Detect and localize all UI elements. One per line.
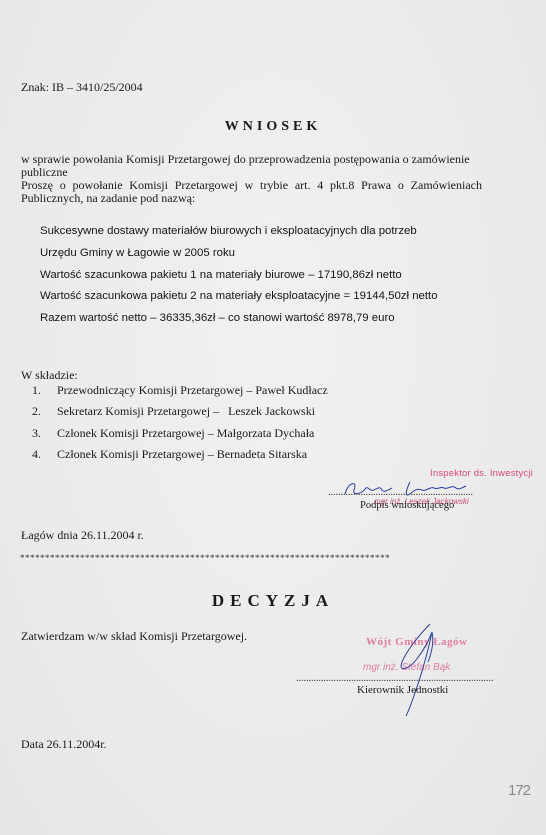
intro-line: Publicznych, na zadanie pod nazwą: [21,192,482,205]
separator: ****************************************… [20,553,390,563]
task-line: Razem wartość netto – 36335,36zł – co st… [40,308,438,330]
place-date: Łagów dnia 26.11.2004 r. [21,528,144,543]
list-item: 2.Sekretarz Komisji Przetargowej – Lesze… [32,404,328,425]
decision-date: Data 26.11.2004r. [21,737,107,752]
handwritten-signature-icon [340,478,490,500]
task-line: Sukcesywne dostawy materiałów biurowych … [40,221,438,243]
request-title: WNIOSEK [0,119,546,135]
signature-line: ........................................… [296,673,494,684]
decision-text: Zatwierdzam w/w skład Komisji Przetargow… [21,629,247,644]
handwritten-signature-icon [388,622,448,717]
request-intro: w sprawie powołania Komisji Przetargowej… [21,153,482,205]
member-list: 1.Przewodniczący Komisji Przetargowej – … [32,383,328,468]
signature-label: Podpis wnioskującego [360,500,454,511]
task-line: Urzędu Gminy w Łagowie w 2005 roku [40,243,438,265]
list-item: 1.Przewodniczący Komisji Przetargowej – … [32,383,328,404]
reference-number: Znak: IB – 3410/25/2004 [21,80,143,95]
task-line: Wartość szacunkowa pakietu 1 na materiał… [40,265,438,287]
list-item: 4.Członek Komisji Przetargowej – Bernade… [32,447,328,468]
decision-title: DECYZJA [0,591,546,611]
task-description: Sukcesywne dostawy materiałów biurowych … [40,221,438,330]
intro-line: w sprawie powołania Komisji Przetargowej… [21,153,482,166]
composition-label: W składzie: [21,368,78,383]
task-line: Wartość szacunkowa pakietu 2 na materiał… [40,286,438,308]
handwritten-page-number: 172 [508,782,530,799]
signature-label: Kierownik Jednostki [357,684,448,696]
list-item: 3.Członek Komisji Przetargowej – Małgorz… [32,426,328,447]
